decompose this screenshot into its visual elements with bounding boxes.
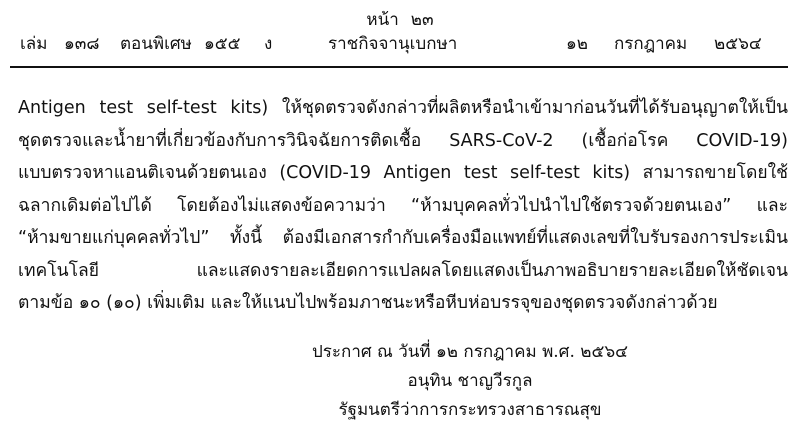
body-line: Antigen test self-test kits) ให้ชุดตรวจด… bbox=[18, 92, 788, 125]
header-divider bbox=[10, 66, 788, 68]
volume-number: ๑๓๘ bbox=[64, 30, 100, 57]
page-number: หน้า๒๓ bbox=[0, 6, 800, 33]
date-month: กรกฎาคม bbox=[614, 30, 687, 57]
publication-name: ราชกิจจานุเบกษา bbox=[328, 30, 457, 57]
date-day: ๑๒ bbox=[566, 30, 588, 57]
page-label: หน้า bbox=[366, 10, 398, 30]
volume-label: เล่ม bbox=[20, 30, 47, 57]
body-line: ชุดตรวจและน้ำยาที่เกี่ยวข้องกับการวินิจฉ… bbox=[18, 125, 788, 158]
body-line: “ห้ามขายแก่บุคคลทั่วไป” ทั้งนี้ ต้องมีเอ… bbox=[18, 222, 788, 255]
section-number: ๑๕๕ bbox=[204, 30, 241, 57]
body-line: ตามข้อ ๑๐ (๑๐) เพิ่มเติม และให้แนบไปพร้อ… bbox=[18, 287, 788, 320]
body-line: แบบตรวจหาแอนติเจนด้วยตนเอง (COVID-19 Ant… bbox=[18, 157, 788, 190]
section-label: ตอนพิเศษ bbox=[120, 30, 192, 57]
announcement-date: ประกาศ ณ วันที่ ๑๒ กรกฎาคม พ.ศ. ๒๕๖๔ bbox=[270, 338, 670, 367]
body-line: ฉลากเดิมต่อไปได้ โดยต้องไม่แสดงข้อความว่… bbox=[18, 190, 788, 223]
date-year: ๒๕๖๔ bbox=[714, 30, 762, 57]
signature-block: ประกาศ ณ วันที่ ๑๒ กรกฎาคม พ.ศ. ๒๕๖๔ อนุ… bbox=[270, 338, 670, 425]
signatory-name: อนุทิน ชาญวีรกูล bbox=[270, 367, 670, 396]
gazette-header: เล่ม ๑๓๘ ตอนพิเศษ ๑๕๕ ง ราชกิจจานุเบกษา … bbox=[14, 30, 786, 56]
signatory-position: รัฐมนตรีว่าการกระทรวงสาธารณสุข bbox=[270, 396, 670, 425]
page-value: ๒๓ bbox=[411, 10, 434, 30]
body-line: เทคโนโลยี และแสดงรายละเอียดการแปลผลโดยแส… bbox=[18, 255, 788, 288]
section-suffix: ง bbox=[264, 30, 272, 57]
body-paragraph: Antigen test self-test kits) ให้ชุดตรวจด… bbox=[18, 92, 788, 320]
